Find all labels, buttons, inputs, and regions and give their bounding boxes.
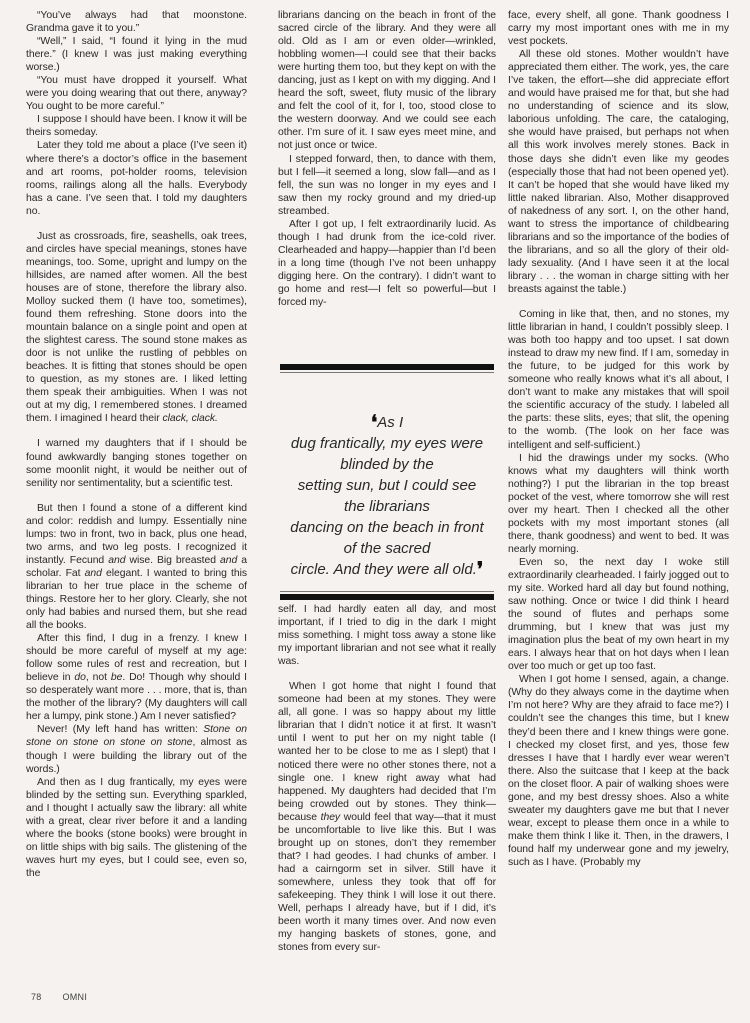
paragraph: When I got home that night I found that … — [278, 680, 496, 954]
text-column-1: “You’ve always had that moonstone. Grand… — [26, 9, 247, 880]
italic-text: and — [108, 555, 125, 566]
paragraph: “Well,” I said, “I found it lying in the… — [26, 35, 247, 74]
text-column-3: face, every shelf, all gone. Thank goodn… — [508, 9, 729, 869]
paragraph: face, every shelf, all gone. Thank goodn… — [508, 9, 729, 48]
paragraph: After I got up, I felt extraordinarily l… — [278, 218, 496, 309]
italic-text: clack, clack. — [163, 413, 218, 424]
paragraph: “You’ve always had that moonstone. Grand… — [26, 9, 247, 35]
pull-quote-line: the librarians — [280, 496, 494, 517]
pull-quote-line: of the sacred — [280, 538, 494, 559]
italic-text: do — [74, 672, 85, 683]
pull-quote-top-rule — [280, 364, 494, 373]
pull-quote-line: circle. And they were all old.❜ — [280, 559, 494, 580]
pull-quote-line: ❛As I — [280, 412, 494, 433]
text-column-2-bottom: self. I had hardly eaten all day, and mo… — [278, 603, 496, 954]
paragraph: I warned my daughters that if I should b… — [26, 437, 247, 489]
paragraph-text: When I got home that night I found that … — [278, 681, 496, 822]
paragraph-text: , not — [86, 672, 111, 683]
italic-text: they — [321, 812, 340, 823]
paragraph-text: Just as crossroads, fire, seashells, oak… — [26, 231, 247, 425]
paragraph: Never! (My left hand has written: Stone … — [26, 723, 247, 775]
page-number: 78 — [31, 992, 42, 1002]
italic-text: and — [220, 555, 237, 566]
paragraph-text: wise. Big breasted — [125, 555, 220, 566]
pull-quote-bottom-rule — [280, 591, 494, 600]
paragraph: self. I had hardly eaten all day, and mo… — [278, 603, 496, 668]
thin-rule — [280, 372, 494, 373]
pull-quote-line: dug frantically, my eyes were — [280, 433, 494, 454]
paragraph: “You must have dropped it yourself. What… — [26, 74, 247, 113]
page-footer: 78 OMNI — [31, 992, 87, 1002]
paragraph: I stepped forward, then, to dance with t… — [278, 153, 496, 218]
pull-quote-text: As I — [377, 414, 403, 431]
pull-quote-line: dancing on the beach in front — [280, 517, 494, 538]
paragraph: librarians dancing on the beach in front… — [278, 9, 496, 153]
paragraph: I suppose I should have been. I know it … — [26, 113, 247, 139]
paragraph: Later they told me about a place (I’ve s… — [26, 139, 247, 217]
paragraph: After this find, I dug in a frenzy. I kn… — [26, 632, 247, 723]
paragraph: And then as I dug frantically, my eyes w… — [26, 776, 247, 880]
italic-text: and — [85, 568, 102, 579]
pull-quote: ❛As I dug frantically, my eyes were blin… — [280, 412, 494, 580]
pull-quote-line: setting sun, but I could see — [280, 475, 494, 496]
thick-rule — [280, 594, 494, 600]
paragraph: All these old stones. Mother wouldn’t ha… — [508, 48, 729, 296]
pull-quote-text: circle. And they were all old. — [291, 561, 477, 578]
thin-rule — [280, 591, 494, 592]
paragraph-text: would feel that way—that it must be unco… — [278, 812, 496, 953]
paragraph: But then I found a stone of a different … — [26, 502, 247, 632]
thick-rule — [280, 364, 494, 370]
paragraph-text: Never! (My left hand has written: — [37, 724, 203, 735]
paragraph: When I got home I sensed, again, a chang… — [508, 673, 729, 869]
paragraph: Coming in like that, then, and no stones… — [508, 308, 729, 452]
paragraph: Even so, the next day I woke still extra… — [508, 556, 729, 673]
close-quote-icon: ❜ — [477, 559, 483, 581]
magazine-name: OMNI — [62, 992, 87, 1002]
paragraph: Just as crossroads, fire, seashells, oak… — [26, 230, 247, 426]
pull-quote-line: blinded by the — [280, 454, 494, 475]
magazine-page: “You’ve always had that moonstone. Grand… — [0, 0, 750, 1023]
paragraph: I hid the drawings under my socks. (Who … — [508, 452, 729, 556]
italic-text: be — [111, 672, 122, 683]
text-column-2-top: librarians dancing on the beach in front… — [278, 9, 496, 309]
